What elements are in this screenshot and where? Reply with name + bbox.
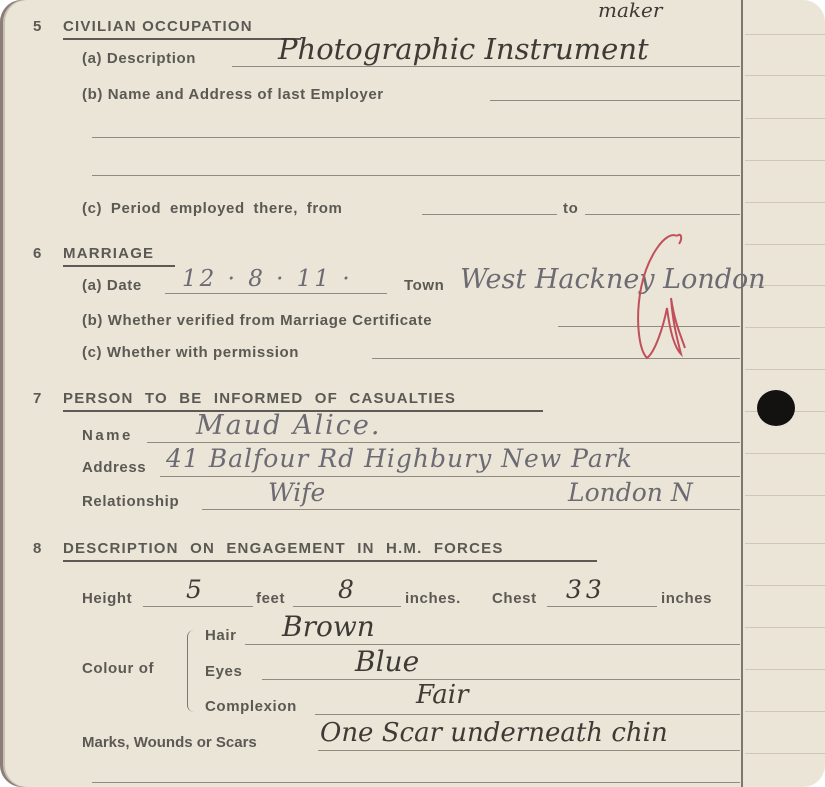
margin-divider (741, 0, 743, 787)
description-label: (a) Description (82, 50, 196, 67)
complexion-label: Complexion (205, 698, 297, 715)
marks-line (318, 750, 740, 751)
margin-rule (745, 75, 825, 76)
casualty-address-label: Address (82, 459, 146, 476)
margin-rule (745, 244, 825, 245)
red-pencil-initial (625, 228, 695, 368)
marriage-date-label: (a) Date (82, 277, 142, 294)
punch-hole (757, 390, 795, 426)
margin-rule (745, 495, 825, 496)
heading-underline (63, 560, 597, 562)
margin-rule (745, 669, 825, 670)
margin-rule (745, 453, 825, 454)
margin-rule (745, 160, 825, 161)
casualty-name-label: Name (82, 427, 133, 444)
eyes-label: Eyes (205, 663, 242, 680)
chest-unit-label: inches (661, 590, 712, 607)
period-from-label: (c) Period employed there, from (82, 200, 342, 217)
employer-line-3 (92, 175, 740, 176)
eyes-line (262, 679, 740, 680)
section-5-heading: CIVILIAN OCCUPATION (63, 18, 253, 35)
occupation-addition: maker (598, 0, 662, 22)
hair-value: Brown (282, 610, 375, 643)
eyes-value: Blue (355, 645, 419, 678)
colour-brace (187, 630, 194, 712)
height-inches-line (293, 606, 401, 607)
section-5-number: 5 (33, 18, 42, 35)
service-record-card: 5 CIVILIAN OCCUPATION maker (a) Descript… (0, 0, 825, 787)
marriage-permission-label: (c) Whether with permission (82, 344, 299, 361)
period-from-line (422, 214, 557, 215)
margin-rule (745, 627, 825, 628)
complexion-value: Fair (416, 680, 469, 710)
margin-rule (745, 118, 825, 119)
description-value: Photographic Instrument (278, 32, 649, 66)
casualty-address-line (160, 476, 740, 477)
section-7-heading: PERSON TO BE INFORMED OF CASUALTIES (63, 390, 456, 407)
complexion-line (315, 714, 740, 715)
colour-of-label: Colour of (82, 660, 154, 677)
section-8-number: 8 (33, 540, 42, 557)
section-8-heading: DESCRIPTION ON ENGAGEMENT IN H.M. FORCES (63, 540, 504, 557)
casualty-relationship-line (202, 509, 740, 510)
height-inches-value: 8 (338, 575, 354, 604)
period-to-label: to (563, 200, 578, 217)
margin-rule (745, 202, 825, 203)
marriage-date-line (165, 293, 387, 294)
employer-line-2 (92, 137, 740, 138)
employer-label: (b) Name and Address of last Employer (82, 86, 384, 103)
margin-rule (745, 543, 825, 544)
inches-label: inches. (405, 590, 461, 607)
margin-rule (745, 711, 825, 712)
marks-value: One Scar underneath chin (320, 718, 668, 748)
hair-label: Hair (205, 627, 237, 644)
marriage-town-value: West Hackney London (460, 264, 766, 295)
chest-value: 33 (566, 575, 606, 604)
chest-line (547, 606, 657, 607)
casualty-name-line (147, 442, 740, 443)
height-label: Height (82, 590, 132, 607)
heading-underline (63, 38, 301, 40)
period-to-line (585, 214, 740, 215)
height-feet-value: 5 (186, 575, 202, 604)
description-line (232, 66, 740, 67)
margin-rule (745, 327, 825, 328)
casualty-relationship-value: Wife (268, 478, 325, 507)
margin-rule (745, 753, 825, 754)
margin-rule (745, 585, 825, 586)
marks-label: Marks, Wounds or Scars (82, 734, 257, 751)
employer-line (490, 100, 740, 101)
hair-line (245, 644, 740, 645)
casualty-address-line1: 41 Balfour Rd Highbury New Park (166, 444, 633, 473)
marriage-town-label: Town (404, 277, 444, 294)
chest-label: Chest (492, 590, 537, 607)
casualty-relationship-label: Relationship (82, 493, 179, 510)
marriage-verified-label: (b) Whether verified from Marriage Certi… (82, 312, 432, 329)
margin-rule (745, 34, 825, 35)
margin-rule (745, 369, 825, 370)
height-feet-line (143, 606, 253, 607)
marks-line-2 (92, 782, 740, 783)
section-7-number: 7 (33, 390, 42, 407)
marriage-date-value: 12 · 8 · 11 · (182, 266, 353, 292)
feet-label: feet (256, 590, 285, 607)
heading-underline (63, 265, 175, 267)
casualty-name-value: Maud Alice. (196, 410, 381, 441)
section-6-number: 6 (33, 245, 42, 262)
section-6-heading: MARRIAGE (63, 245, 154, 262)
casualty-address-line2: London N (568, 478, 693, 507)
